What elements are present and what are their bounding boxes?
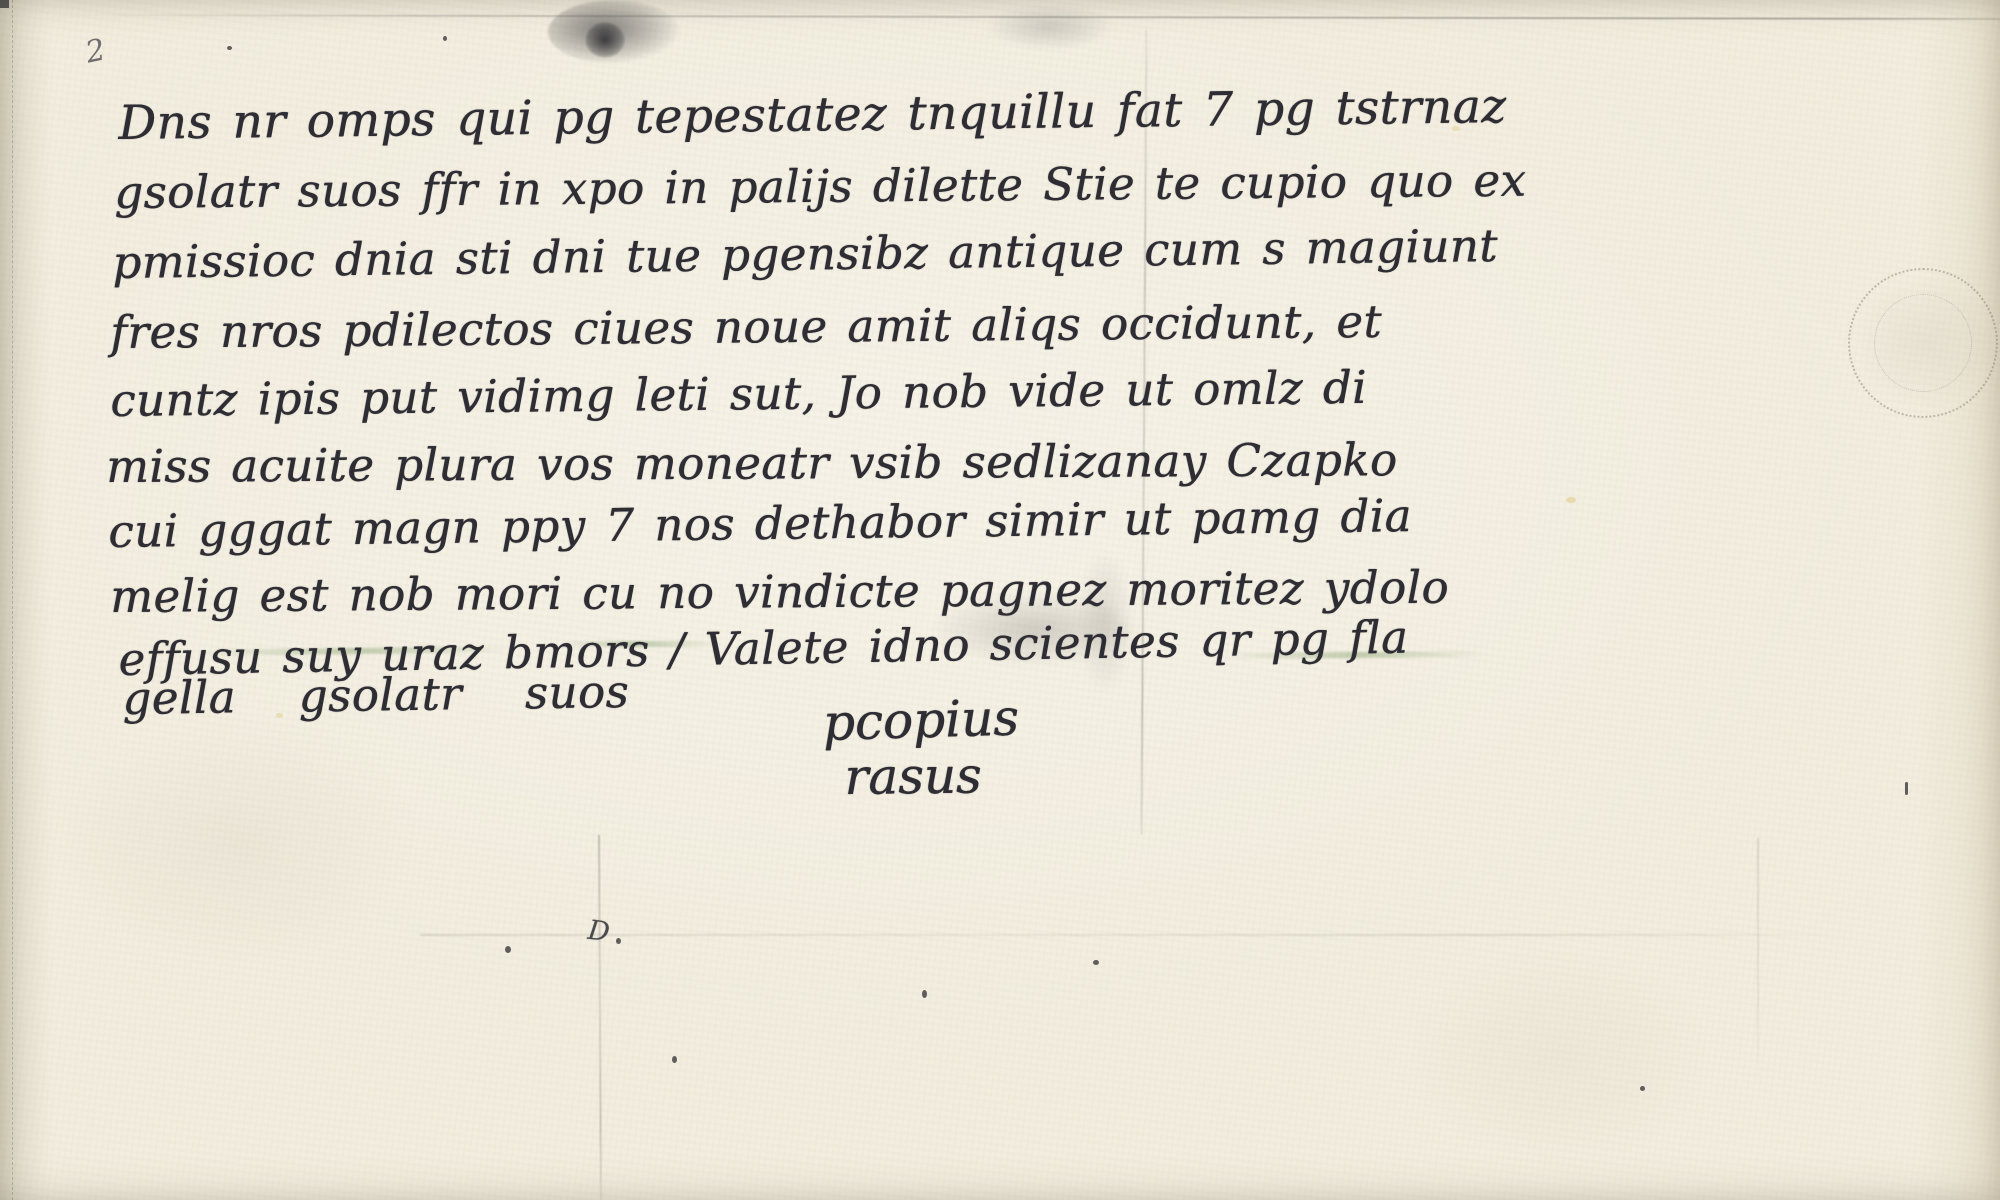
- ink-speck: [227, 46, 232, 50]
- fold-pen-mark: D: [586, 915, 611, 948]
- embossed-stamp-inner-ring: [1874, 294, 1972, 392]
- manuscript-line: gella gsolatr suos: [122, 665, 629, 725]
- ink-speck: [505, 946, 511, 953]
- top-crease: [60, 14, 2000, 20]
- manuscript-line: pmissioc dnia sti dni tue pgensibz antiq…: [112, 219, 1498, 289]
- ink-speck: [1093, 960, 1099, 965]
- manuscript-photo: Dns nr omps qui pg tepestatez tnquillu f…: [0, 0, 2000, 1200]
- signature-line-rasus: rasus: [844, 747, 982, 806]
- ink-speck: [1640, 1086, 1645, 1091]
- ink-smudge: [548, 0, 680, 64]
- horizontal-fold-crease: [420, 934, 1850, 936]
- ink-smudge: [985, 4, 1115, 50]
- corner-pen-mark: 2: [83, 32, 109, 70]
- manuscript-line: miss acuite plura vos moneatr vsib sedli…: [106, 433, 1398, 493]
- ink-smudge: [585, 22, 625, 58]
- paper-fleck: [1566, 497, 1576, 503]
- lower-vertical-fold-crease: [598, 835, 602, 1200]
- ink-speck: [1905, 782, 1908, 795]
- signature-line-procopius: pcopius: [822, 689, 1020, 752]
- ink-speck: [672, 1056, 677, 1063]
- embossed-stamp: [1848, 268, 1998, 418]
- ink-speck: [0, 0, 9, 8]
- manuscript-line: cuntz ipis put vidimg leti sut, Jo nob v…: [110, 361, 1367, 427]
- ink-speck: [922, 990, 927, 998]
- manuscript-line: gsolatr suos ffr in xpo in palijs dilett…: [114, 154, 1526, 219]
- manuscript-line: fres nros pdilectos ciues noue amit aliq…: [110, 295, 1382, 359]
- paper-left-edge: [12, 0, 13, 1200]
- ink-speck: [616, 938, 621, 944]
- ink-speck: [443, 36, 447, 41]
- right-vertical-crease: [1757, 838, 1759, 1078]
- manuscript-line: Dns nr omps qui pg tepestatez tnquillu f…: [118, 79, 1507, 151]
- manuscript-line: cui gggat magn ppy 7 nos dethabor simir …: [108, 489, 1412, 558]
- vertical-fold-crease: [1141, 30, 1148, 835]
